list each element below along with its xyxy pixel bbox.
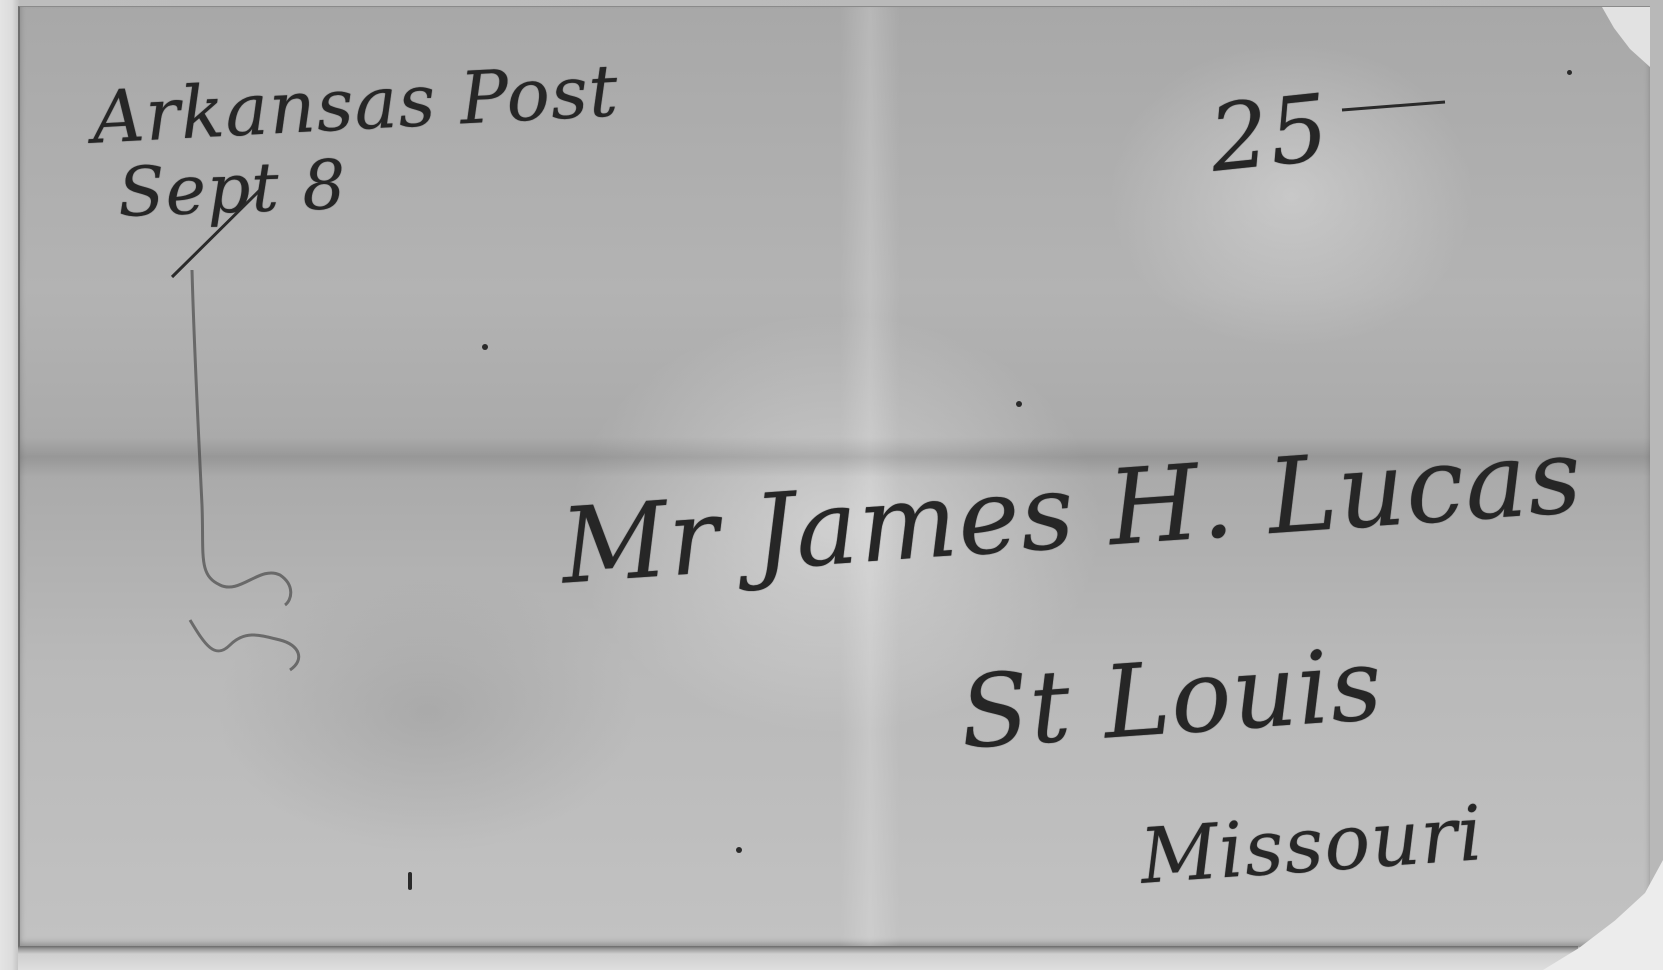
ink-speck: [736, 847, 742, 853]
ink-speck: [1567, 70, 1572, 75]
rate-flourish: [1340, 90, 1450, 120]
ink-speck: [1016, 401, 1022, 407]
pencil-docket-line: [180, 265, 320, 685]
ink-speck: [408, 872, 412, 890]
envelope-bottom-edge: [18, 946, 1578, 970]
ink-speck: [482, 344, 488, 350]
postage-rate: 25: [1205, 74, 1335, 193]
torn-corner-top-right: [1570, 7, 1650, 67]
